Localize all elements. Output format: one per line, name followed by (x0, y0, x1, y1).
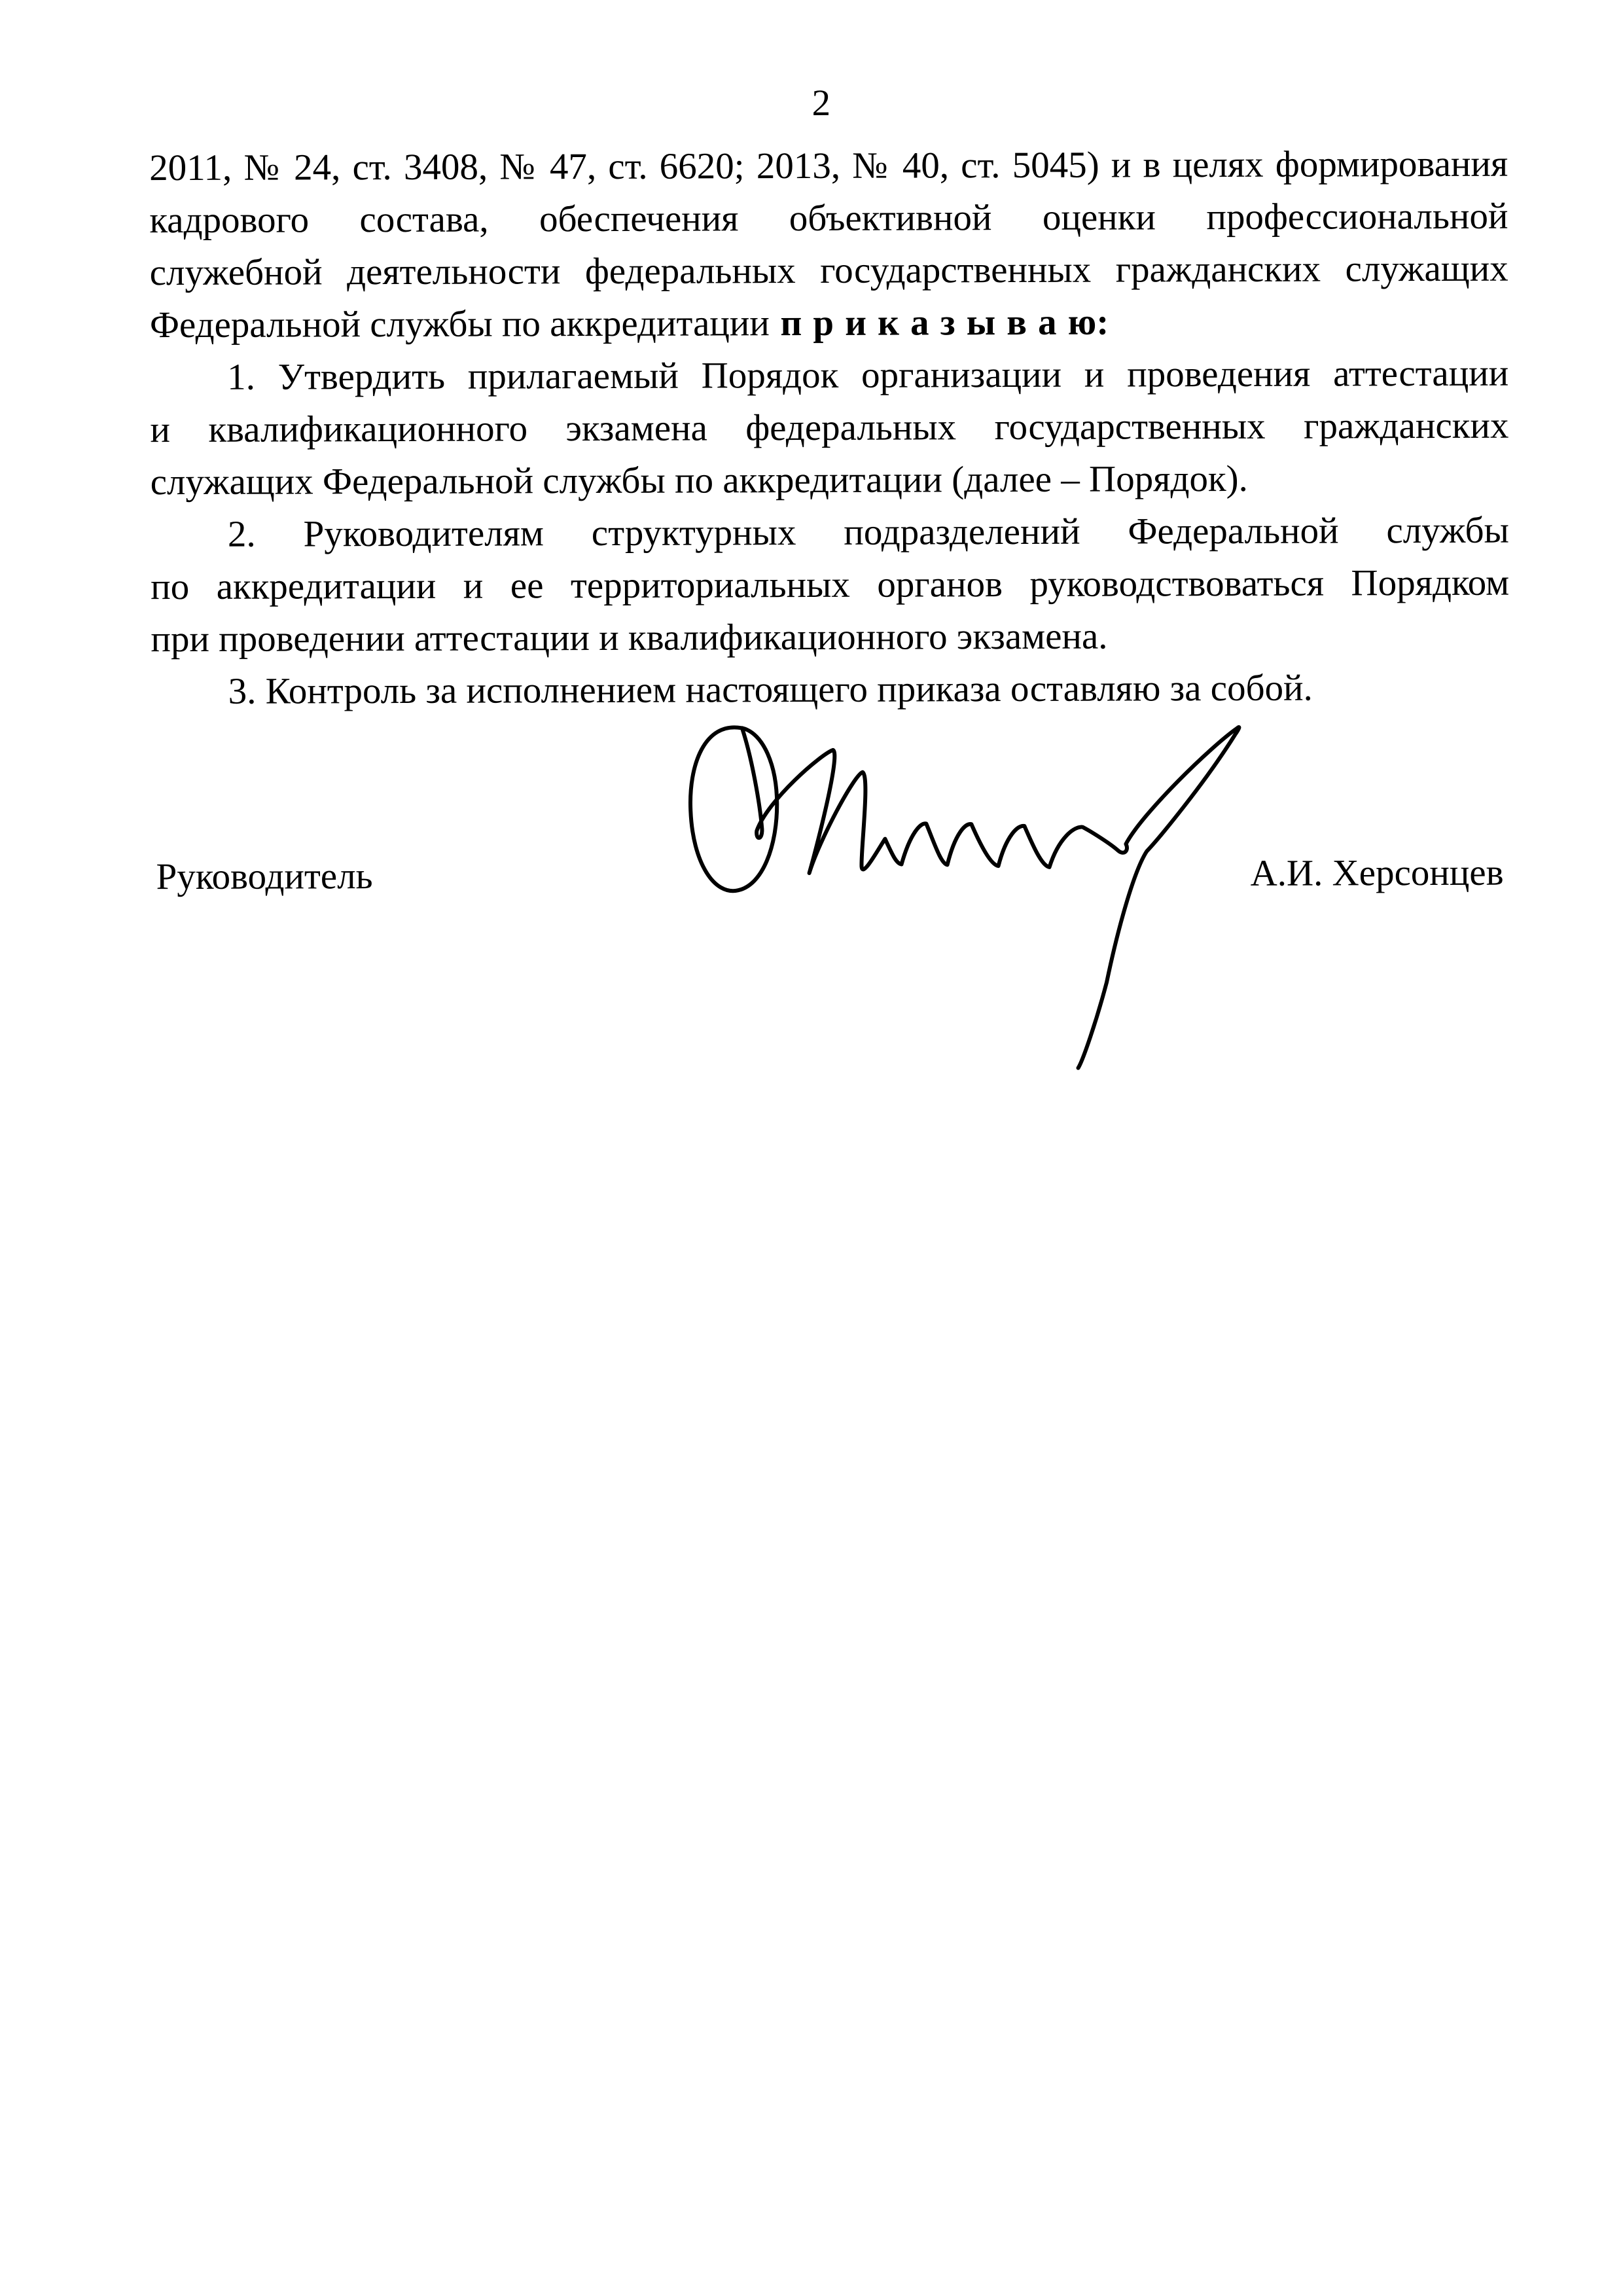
text-line: 2011, № 24, ст. 3408, № 47, ст. 6620; 20… (149, 138, 1508, 195)
decree-line-regular: Федеральной службы по аккредитации (150, 302, 770, 346)
text-line-item-2: 2. Руководителям структурных подразделен… (151, 505, 1509, 562)
signatory-name: А.И. Херсонцев (1250, 847, 1503, 900)
text-line-item-3: 3. Контроль за исполнением настоящего пр… (151, 662, 1510, 719)
text-line: и квалификационного экзамена федеральных… (150, 400, 1508, 457)
scanned-document-page: 2 2011, № 24, ст. 3408, № 47, ст. 6620; … (0, 0, 1623, 2296)
text-line: при проведении аттестации и квалификацио… (151, 609, 1509, 666)
signature-position-label: Руководитель (156, 850, 372, 903)
text-line: служебной деятельности федеральных госуд… (150, 243, 1508, 300)
decree-line: Федеральной службы по аккредитациип р и … (150, 295, 1508, 352)
text-line-item-1: 1. Утвердить прилагаемый Порядок организ… (150, 348, 1508, 404)
text-line: служащих Федеральной службы по аккредита… (151, 452, 1509, 509)
page-number: 2 (0, 75, 1623, 132)
handwritten-signature-icon (669, 711, 1260, 1079)
text-line: по аккредитации и ее территориальных орг… (151, 557, 1509, 614)
text-line: кадрового состава, обеспечения объективн… (149, 190, 1508, 247)
decree-keyword: п р и к а з ы в а ю: (780, 302, 1109, 344)
scan-skew-wrapper: 2 2011, № 24, ст. 3408, № 47, ст. 6620; … (0, 0, 1623, 2296)
order-body-text: 2011, № 24, ст. 3408, № 47, ст. 6620; 20… (149, 138, 1510, 719)
